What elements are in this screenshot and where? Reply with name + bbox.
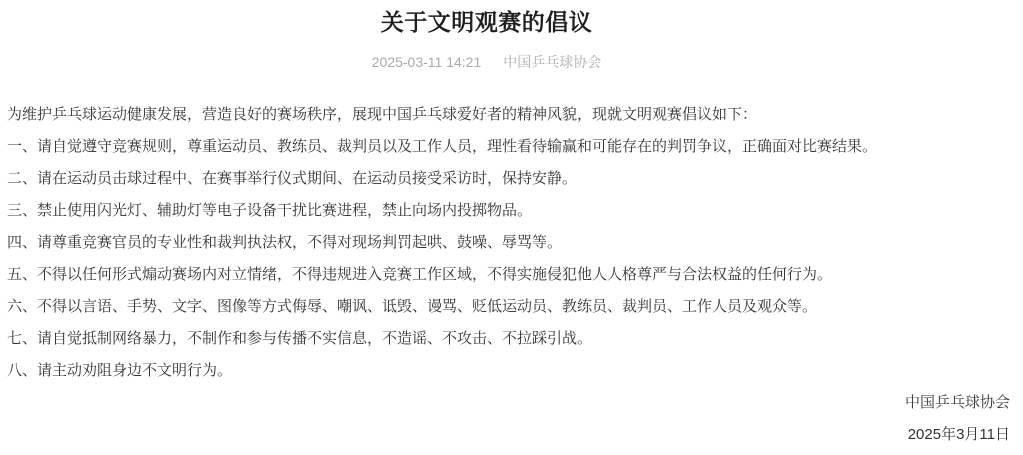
signature-date: 2025年3月11日 <box>7 424 1010 445</box>
list-item-3: 三、禁止使用闪光灯、辅助灯等电子设备干扰比赛进程，禁止向场内投掷物品。 <box>7 200 1010 221</box>
list-item-2: 二、请在运动员击球过程中、在赛事举行仪式期间、在运动员接受采访时，保持安静。 <box>7 168 1010 189</box>
announcement-article: 关于文明观赛的倡议 2025-03-11 14:21中国乒乓球协会 为维护乒乓球… <box>0 8 1023 455</box>
list-item-5: 五、不得以任何形式煽动赛场内对立情绪，不得违规进入竞赛工作区域，不得实施侵犯他人… <box>7 264 1010 285</box>
list-item-1: 一、请自觉遵守竞赛规则，尊重运动员、教练员、裁判员以及工作人员，理性看待输赢和可… <box>7 136 1010 157</box>
article-body: 为维护乒乓球运动健康发展，营造良好的赛场秩序，展现中国乒乓球爱好者的精神风貌，现… <box>7 104 1010 381</box>
list-item-4: 四、请尊重竞赛官员的专业性和裁判执法权，不得对现场判罚起哄、鼓噪、辱骂等。 <box>7 232 1010 253</box>
signature-block: 中国乒乓球协会 2025年3月11日 <box>7 392 1010 445</box>
list-item-7: 七、请自觉抵制网络暴力，不制作和参与传播不实信息，不造谣、不攻击、不拉踩引战。 <box>7 328 1010 349</box>
article-header: 关于文明观赛的倡议 2025-03-11 14:21中国乒乓球协会 <box>7 8 966 71</box>
publish-source: 中国乒乓球协会 <box>503 54 601 70</box>
article-meta: 2025-03-11 14:21中国乒乓球协会 <box>7 53 966 71</box>
list-item-6: 六、不得以言语、手势、文字、图像等方式侮辱、嘲讽、诋毁、谩骂、贬低运动员、教练员… <box>7 296 1010 317</box>
intro-paragraph: 为维护乒乓球运动健康发展，营造良好的赛场秩序，展现中国乒乓球爱好者的精神风貌，现… <box>7 104 1010 125</box>
signature-org: 中国乒乓球协会 <box>7 392 1010 413</box>
list-item-8: 八、请主动劝阻身边不文明行为。 <box>7 360 1010 381</box>
publish-datetime: 2025-03-11 14:21 <box>372 54 482 70</box>
page-title: 关于文明观赛的倡议 <box>7 8 966 36</box>
